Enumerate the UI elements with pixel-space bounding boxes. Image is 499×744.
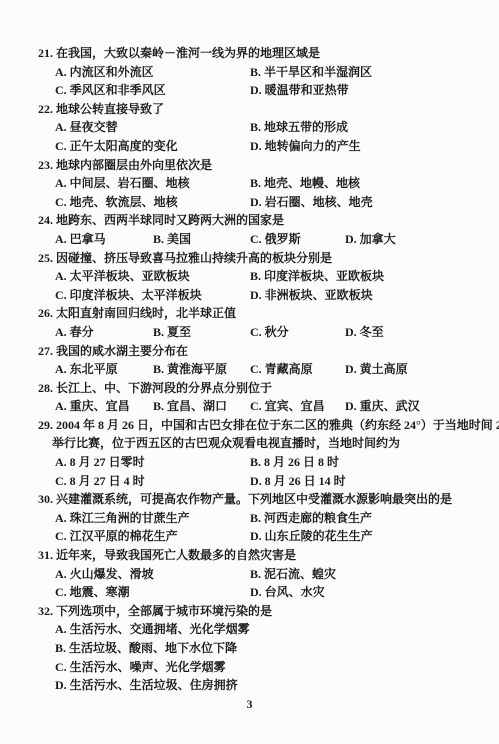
q32-stem: 32. 下列选项中，全部属于城市环境污染的是	[38, 602, 489, 621]
q21-stem: 21. 在我国，大致以秦岭－淮河一线为界的地理区域是	[38, 44, 489, 63]
q26-stem: 26. 太阳直射南回归线时，北半球正值	[38, 304, 489, 323]
q23-option-a: A. 中间层、岩石圈、地核	[55, 174, 250, 193]
question-27: 27. 我国的咸水湖主要分布在 A. 东北平原 B. 黄淮海平原 C. 青藏高原…	[38, 342, 489, 379]
q29-option-c: C. 8 月 27 日 4 时	[55, 472, 250, 491]
q31-stem: 31. 近年来，导致我国死亡人数最多的自然灾害是	[38, 546, 489, 565]
q30-option-d: D. 山东丘陵的花生生产	[250, 527, 373, 546]
question-31: 31. 近年来，导致我国死亡人数最多的自然灾害是 A. 火山爆发、滑坡 B. 泥…	[38, 546, 489, 602]
question-22: 22. 地球公转直接导致了 A. 昼夜交替 B. 地球五带的形成 C. 正午太阳…	[38, 100, 489, 156]
q26-option-c: C. 秋分	[250, 323, 345, 342]
q28-option-a: A. 重庆、宜昌	[55, 397, 153, 416]
q25-options: A. 太平洋板块、亚欧板块 B. 印度洋板块、亚欧板块 C. 印度洋板块、太平洋…	[55, 267, 489, 304]
q25-option-d: D. 非洲板块、亚欧板块	[250, 286, 384, 305]
q29-option-b: B. 8 月 26 日 8 时	[250, 453, 346, 472]
q29-option-a: A. 8 月 27 日零时	[55, 453, 250, 472]
q22-option-c: C. 正午太阳高度的变化	[55, 137, 250, 156]
q24-options: A. 巴拿马 B. 美国 C. 俄罗斯 D. 加拿大	[55, 230, 489, 249]
q24-option-b: B. 美国	[153, 230, 250, 249]
q23-options: A. 中间层、岩石圈、地核 B. 地壳、地幔、地核 C. 地壳、软流层、地核 D…	[55, 174, 489, 211]
q32-option-d: D. 生活污水、生活垃圾、住房拥挤	[55, 676, 250, 695]
question-28: 28. 长江上、中、下游河段的分界点分别位于 A. 重庆、宜昌 B. 宜昌、湖口…	[38, 379, 489, 416]
q22-options: A. 昼夜交替 B. 地球五带的形成 C. 正午太阳高度的变化 D. 地转偏向力…	[55, 118, 489, 155]
q28-option-c: C. 宜宾、宜昌	[250, 397, 345, 416]
q28-option-b: B. 宜昌、湖口	[153, 397, 250, 416]
q21-options: A. 内流区和外流区 B. 半干旱区和半湿润区 C. 季风区和非季风区 D. 暖…	[55, 63, 489, 100]
q29-stem-line1: 29. 2004 年 8 月 26 日，中国和古巴女排在位于东二区的雅典（约东经…	[38, 416, 489, 435]
question-23: 23. 地球内部圈层由外向里依次是 A. 中间层、岩石圈、地核 B. 地壳、地幔…	[38, 156, 489, 212]
q31-option-c: C. 地震、寒潮	[55, 583, 250, 602]
question-21: 21. 在我国，大致以秦岭－淮河一线为界的地理区域是 A. 内流区和外流区 B.…	[38, 44, 489, 100]
q32-option-a: A. 生活污水、交通拥堵、光化学烟雾	[55, 620, 250, 639]
q27-option-d: D. 黄土高原	[345, 360, 408, 379]
q32-option-c: C. 生活污水、噪声、光化学烟雾	[55, 658, 250, 677]
q24-stem: 24. 地跨东、西两半球同时又跨两大洲的国家是	[38, 211, 489, 230]
q26-option-d: D. 冬至	[345, 323, 384, 342]
q31-options: A. 火山爆发、滑坡 B. 泥石流、蝗灾 C. 地震、寒潮 D. 台风、水灾	[55, 565, 489, 602]
q27-option-b: B. 黄淮海平原	[153, 360, 250, 379]
question-26: 26. 太阳直射南回归线时，北半球正值 A. 春分 B. 夏至 C. 秋分 D.…	[38, 304, 489, 341]
q22-option-b: B. 地球五带的形成	[250, 118, 361, 137]
q25-option-b: B. 印度洋板块、亚欧板块	[250, 267, 384, 286]
q22-option-d: D. 地转偏向力的产生	[250, 137, 361, 156]
q31-option-a: A. 火山爆发、滑坡	[55, 565, 250, 584]
q23-stem: 23. 地球内部圈层由外向里依次是	[38, 156, 489, 175]
q29-stem-line2: 举行比赛，位于西五区的古巴观众观看电视直播时，当地时间约为	[38, 434, 489, 453]
q31-option-d: D. 台风、水灾	[250, 583, 336, 602]
q24-option-a: A. 巴拿马	[55, 230, 153, 249]
question-30: 30. 兴建灌溉系统，可提高农作物产量。下列地区中受灌溉水源影响最突出的是 A.…	[38, 490, 489, 546]
q27-stem: 27. 我国的咸水湖主要分布在	[38, 342, 489, 361]
q30-option-a: A. 珠江三角洲的甘蔗生产	[55, 509, 250, 528]
q26-option-a: A. 春分	[55, 323, 153, 342]
q21-option-c: C. 季风区和非季风区	[55, 81, 250, 100]
q23-option-d: D. 岩石圈、地核、地壳	[250, 193, 373, 212]
q23-option-b: B. 地壳、地幔、地核	[250, 174, 373, 193]
q32-option-b: B. 生活垃圾、酸雨、地下水位下降	[55, 639, 250, 658]
q21-option-b: B. 半干旱区和半湿润区	[250, 63, 372, 82]
q25-option-c: C. 印度洋板块、太平洋板块	[55, 286, 250, 305]
q26-option-b: B. 夏至	[153, 323, 250, 342]
q28-option-d: D. 重庆、武汉	[345, 397, 420, 416]
exam-page: 21. 在我国，大致以秦岭－淮河一线为界的地理区域是 A. 内流区和外流区 B.…	[0, 0, 499, 744]
q30-options: A. 珠江三角洲的甘蔗生产 B. 河西走廊的粮食生产 C. 江汉平原的棉花生产 …	[55, 509, 489, 546]
q30-option-c: C. 江汉平原的棉花生产	[55, 527, 250, 546]
q27-option-a: A. 东北平原	[55, 360, 153, 379]
q24-option-c: C. 俄罗斯	[250, 230, 345, 249]
q27-option-c: C. 青藏高原	[250, 360, 345, 379]
q32-options: A. 生活污水、交通拥堵、光化学烟雾 B. 生活垃圾、酸雨、地下水位下降 C. …	[55, 620, 489, 694]
question-32: 32. 下列选项中，全部属于城市环境污染的是 A. 生活污水、交通拥堵、光化学烟…	[38, 602, 489, 695]
question-29: 29. 2004 年 8 月 26 日，中国和古巴女排在位于东二区的雅典（约东经…	[38, 416, 489, 490]
q28-options: A. 重庆、宜昌 B. 宜昌、湖口 C. 宜宾、宜昌 D. 重庆、武汉	[55, 397, 489, 416]
q22-option-a: A. 昼夜交替	[55, 118, 250, 137]
q22-stem: 22. 地球公转直接导致了	[38, 100, 489, 119]
q31-option-b: B. 泥石流、蝗灾	[250, 565, 336, 584]
q29-options: A. 8 月 27 日零时 B. 8 月 26 日 8 时 C. 8 月 27 …	[55, 453, 489, 490]
page-number: 3	[38, 695, 461, 714]
question-24: 24. 地跨东、西两半球同时又跨两大洲的国家是 A. 巴拿马 B. 美国 C. …	[38, 211, 489, 248]
q25-option-a: A. 太平洋板块、亚欧板块	[55, 267, 250, 286]
q30-stem: 30. 兴建灌溉系统，可提高农作物产量。下列地区中受灌溉水源影响最突出的是	[38, 490, 489, 509]
question-25: 25. 因碰撞、挤压导致喜马拉雅山持续升高的板块分别是 A. 太平洋板块、亚欧板…	[38, 249, 489, 305]
q24-option-d: D. 加拿大	[345, 230, 396, 249]
q28-stem: 28. 长江上、中、下游河段的分界点分别位于	[38, 379, 489, 398]
q21-option-d: D. 暖温带和亚热带	[250, 81, 372, 100]
q23-option-c: C. 地壳、软流层、地核	[55, 193, 250, 212]
q25-stem: 25. 因碰撞、挤压导致喜马拉雅山持续升高的板块分别是	[38, 249, 489, 268]
q29-option-d: D. 8 月 26 日 14 时	[250, 472, 346, 491]
q21-option-a: A. 内流区和外流区	[55, 63, 250, 82]
q26-options: A. 春分 B. 夏至 C. 秋分 D. 冬至	[55, 323, 489, 342]
q27-options: A. 东北平原 B. 黄淮海平原 C. 青藏高原 D. 黄土高原	[55, 360, 489, 379]
q30-option-b: B. 河西走廊的粮食生产	[250, 509, 373, 528]
